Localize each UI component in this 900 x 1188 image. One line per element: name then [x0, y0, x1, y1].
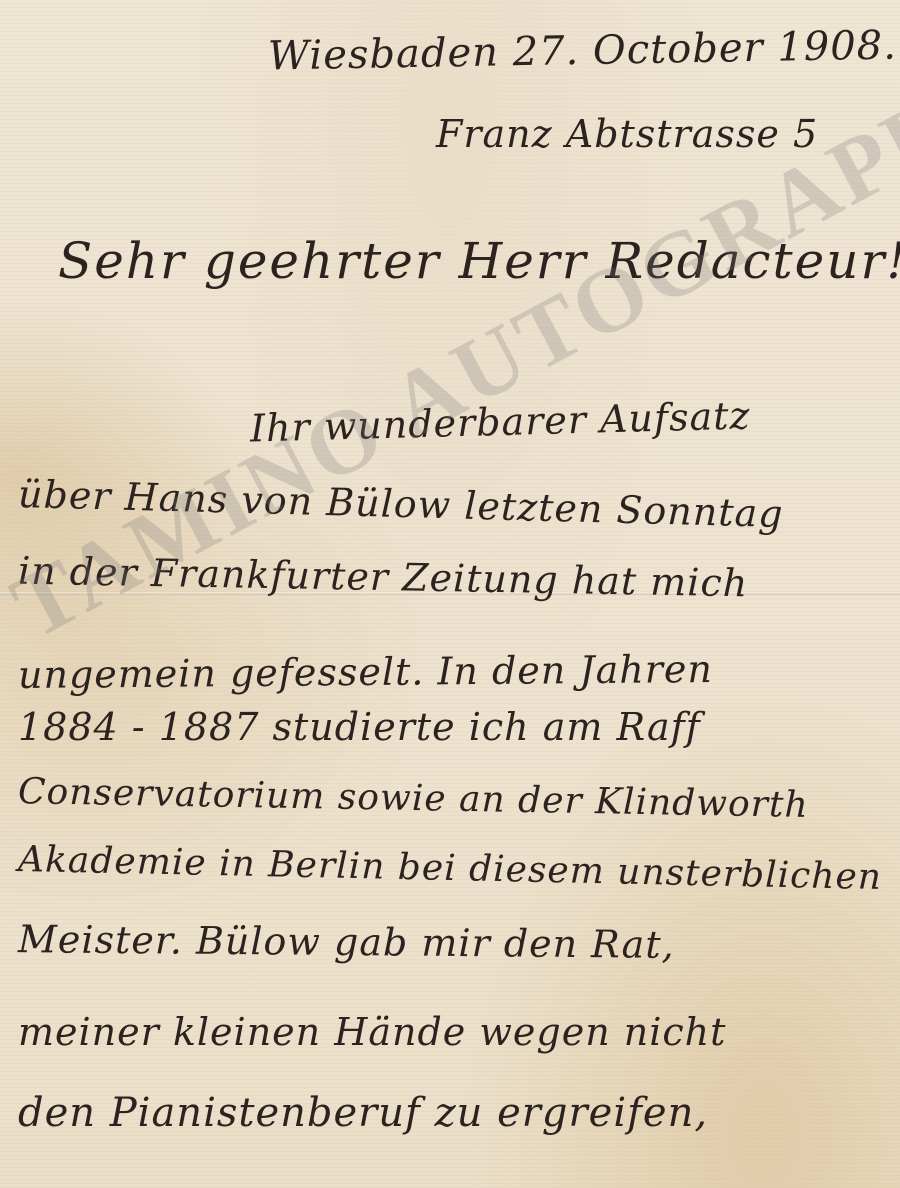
- letter-body-line: 1884 - 1887 studierte ich am Raff: [18, 705, 701, 749]
- letter-body-line: den Pianistenberuf zu ergreifen,: [18, 1090, 708, 1136]
- letter-salutation: Sehr geehrter Herr Redacteur!: [58, 232, 900, 290]
- letter-body-line: ungemein gefesselt. In den Jahren: [18, 647, 713, 697]
- letter-body-line: Meister. Bülow gab mir den Rat,: [18, 917, 675, 967]
- letter-body-line: meiner kleinen Hände wegen nicht: [18, 1010, 726, 1054]
- letter-address: Franz Abtstrasse 5: [436, 112, 818, 156]
